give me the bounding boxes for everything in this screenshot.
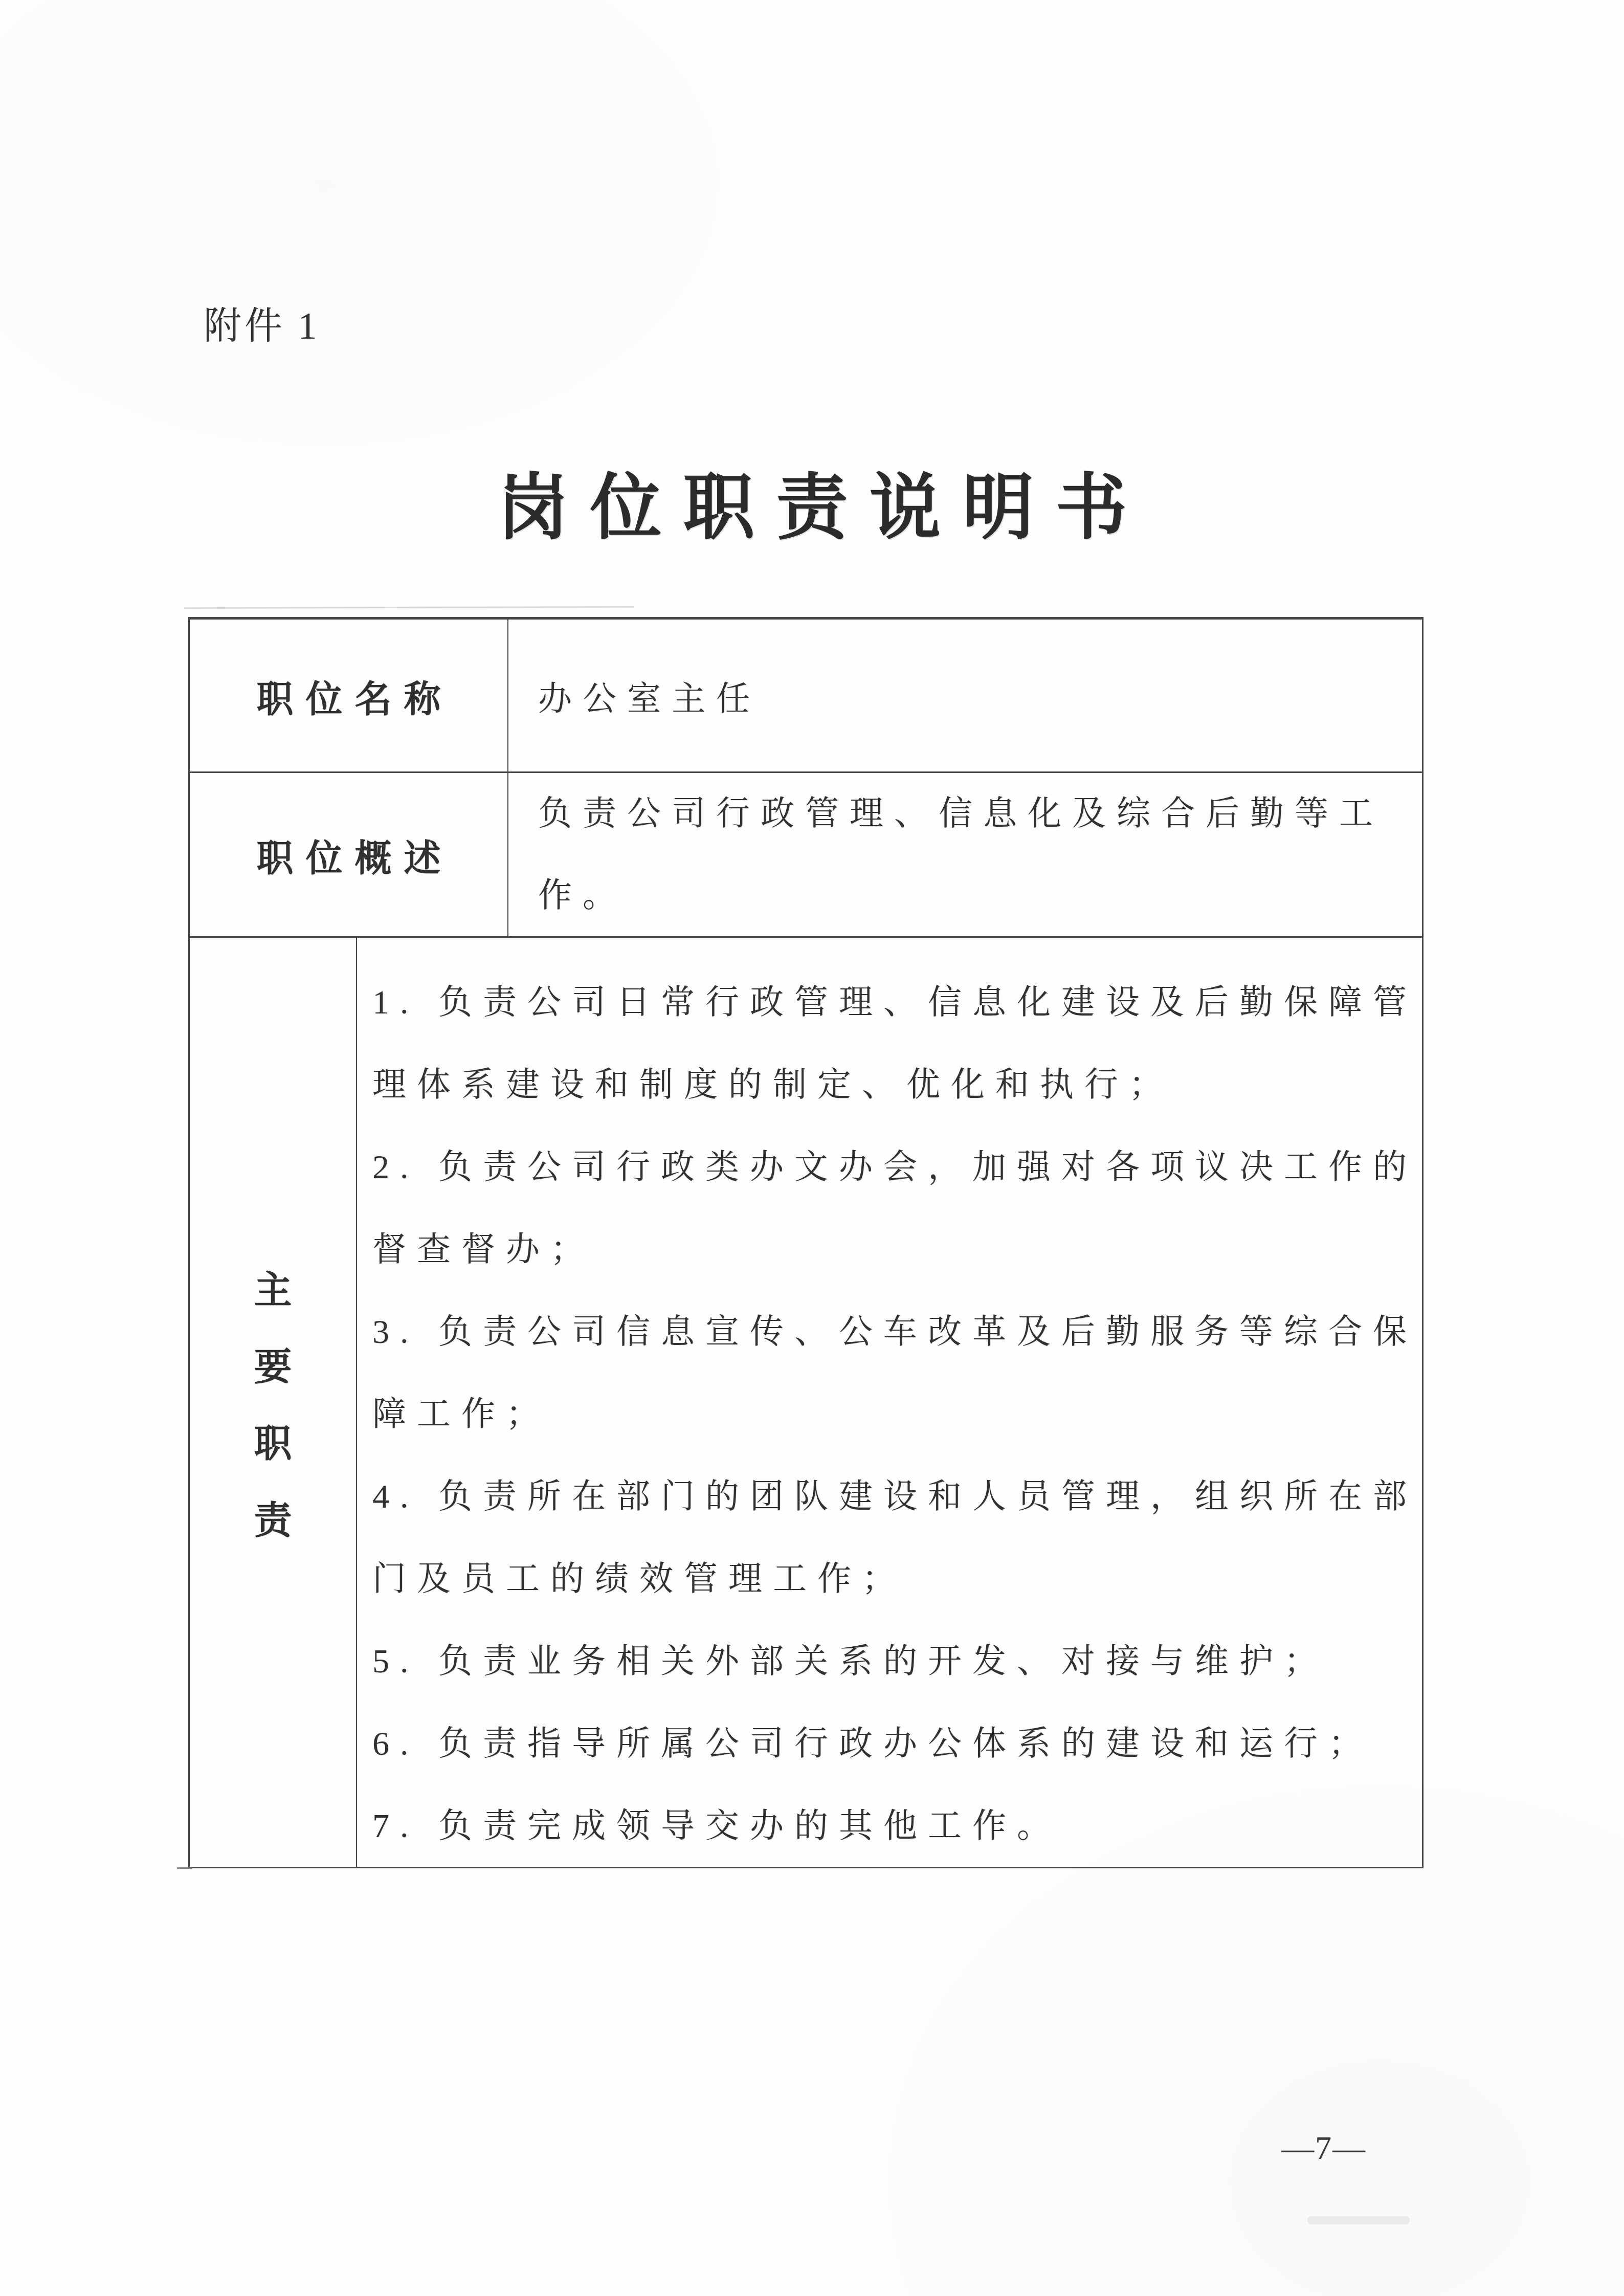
responsibilities-label: 主 要 职 责 [190,938,357,1867]
position-summary-label: 职位概述 [190,773,508,936]
scan-artifact-line [184,606,634,609]
position-summary-line: 作。 [538,855,1422,937]
job-description-table: 职位名称 办公室主任 职位概述 负责公司行政管理、信息化及综合后勤等工 作。 主… [188,617,1423,1868]
position-name-label: 职位名称 [190,620,508,771]
responsibility-line: 6. 负责指导所属公司行政办公体系的建设和运行； [372,1703,1422,1785]
responsibilities-label-char: 要 [254,1337,292,1391]
responsibilities-value: 1. 负责公司日常行政管理、信息化建设及后勤保障管 理体系建设和制度的制定、优化… [357,938,1422,1867]
responsibilities-label-char: 责 [254,1490,292,1544]
responsibility-line: 3. 负责公司信息宣传、公车改革及后勤服务等综合保 [372,1291,1422,1373]
responsibility-line: 5. 负责业务相关外部关系的开发、对接与维护； [372,1620,1422,1703]
responsibility-line: 理体系建设和制度的制定、优化和执行； [372,1044,1422,1126]
responsibilities-label-char: 职 [254,1414,292,1468]
table-row-responsibilities: 主 要 职 责 1. 负责公司日常行政管理、信息化建设及后勤保障管 理体系建设和… [190,936,1422,1867]
position-name-text: 办公室主任 [538,671,1422,720]
position-name-value: 办公室主任 [508,620,1422,771]
responsibility-line: 障工作； [372,1373,1422,1455]
responsibility-line: 7. 负责完成领导交办的其他工作。 [372,1785,1422,1867]
responsibility-line: 督查督办； [372,1208,1422,1291]
page-title: 岗位职责说明书 [0,450,1624,553]
responsibility-line: 4. 负责所在部门的团队建设和人员管理，组织所在部 [372,1455,1422,1538]
position-summary-line: 负责公司行政管理、信息化及综合后勤等工 [538,773,1422,855]
position-summary-value: 负责公司行政管理、信息化及综合后勤等工 作。 [508,773,1422,936]
document-page: 附件 1 岗位职责说明书 职位名称 办公室主任 职位概述 负责公司行政管理、信息… [0,0,1624,2296]
attachment-label: 附件 1 [204,296,320,350]
table-row-position-summary: 职位概述 负责公司行政管理、信息化及综合后勤等工 作。 [190,771,1422,936]
responsibilities-label-char: 主 [254,1260,292,1314]
scan-artifact-smudge [1307,2216,1410,2224]
table-row-position-name: 职位名称 办公室主任 [190,620,1422,771]
responsibility-line: 门及员工的绩效管理工作； [372,1538,1422,1620]
responsibility-line: 2. 负责公司行政类办文办会，加强对各项议决工作的 [372,1126,1422,1208]
responsibility-line: 1. 负责公司日常行政管理、信息化建设及后勤保障管 [372,961,1422,1044]
page-number: —7— [1281,2129,1366,2167]
